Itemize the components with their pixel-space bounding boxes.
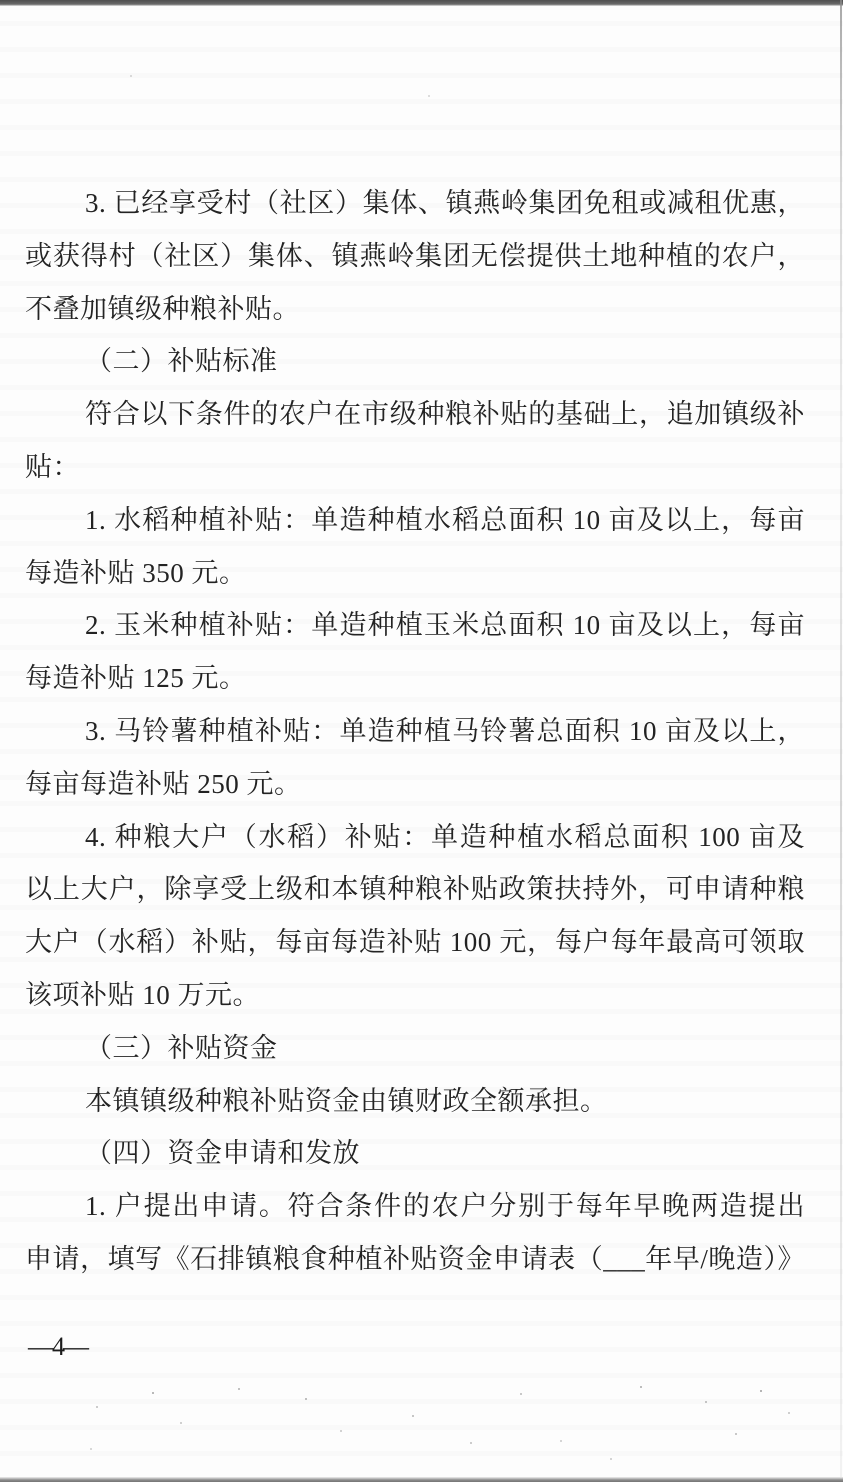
text-line: 不叠加镇级种粮补贴。 bbox=[25, 283, 805, 336]
text-line: 大户（水稻）补贴，每亩每造补贴 100 元，每户每年最高可领取 bbox=[25, 916, 805, 969]
text-line: 每造补贴 350 元。 bbox=[25, 547, 805, 600]
section-heading: （四）资金申请和发放 bbox=[25, 1127, 805, 1180]
text-line: 贴： bbox=[25, 441, 805, 494]
scan-edge-bottom bbox=[0, 1477, 843, 1482]
text-line: 1. 户提出申请。符合条件的农户分别于每年早晚两造提出 bbox=[25, 1180, 805, 1233]
text-line: 符合以下条件的农户在市级种粮补贴的基础上，追加镇级补 bbox=[25, 388, 805, 441]
scan-edge-right bbox=[840, 0, 842, 1482]
section-heading: （二）补贴标准 bbox=[25, 335, 805, 388]
document-body: 3. 已经享受村（社区）集体、镇燕岭集团免租或减租优惠，或获得村（社区）集体、镇… bbox=[0, 0, 843, 1286]
page-number: —4— bbox=[28, 1332, 87, 1362]
text-line: 或获得村（社区）集体、镇燕岭集团无偿提供土地种植的农户， bbox=[25, 230, 805, 283]
text-line: 1. 水稻种植补贴：单造种植水稻总面积 10 亩及以上，每亩 bbox=[25, 494, 805, 547]
text-line: 每亩每造补贴 250 元。 bbox=[25, 758, 805, 811]
text-line: 该项补贴 10 万元。 bbox=[25, 969, 805, 1022]
text-line: 3. 马铃薯种植补贴：单造种植马铃薯总面积 10 亩及以上， bbox=[25, 705, 805, 758]
text-line: 本镇镇级种粮补贴资金由镇财政全额承担。 bbox=[25, 1075, 805, 1128]
text-line: 每造补贴 125 元。 bbox=[25, 652, 805, 705]
text-line: 申请，填写《石排镇粮食种植补贴资金申请表（___年早/晚造）》 bbox=[25, 1233, 805, 1286]
scanned-document-page: 3. 已经享受村（社区）集体、镇燕岭集团免租或减租优惠，或获得村（社区）集体、镇… bbox=[0, 0, 843, 1482]
text-line: 3. 已经享受村（社区）集体、镇燕岭集团免租或减租优惠， bbox=[25, 177, 805, 230]
text-line: 以上大户，除享受上级和本镇种粮补贴政策扶持外，可申请种粮 bbox=[25, 863, 805, 916]
section-heading: （三）补贴资金 bbox=[25, 1022, 805, 1075]
text-line: 4. 种粮大户（水稻）补贴：单造种植水稻总面积 100 亩及 bbox=[25, 811, 805, 864]
scan-noise bbox=[0, 0, 2, 2]
text-line: 2. 玉米种植补贴：单造种植玉米总面积 10 亩及以上，每亩 bbox=[25, 599, 805, 652]
